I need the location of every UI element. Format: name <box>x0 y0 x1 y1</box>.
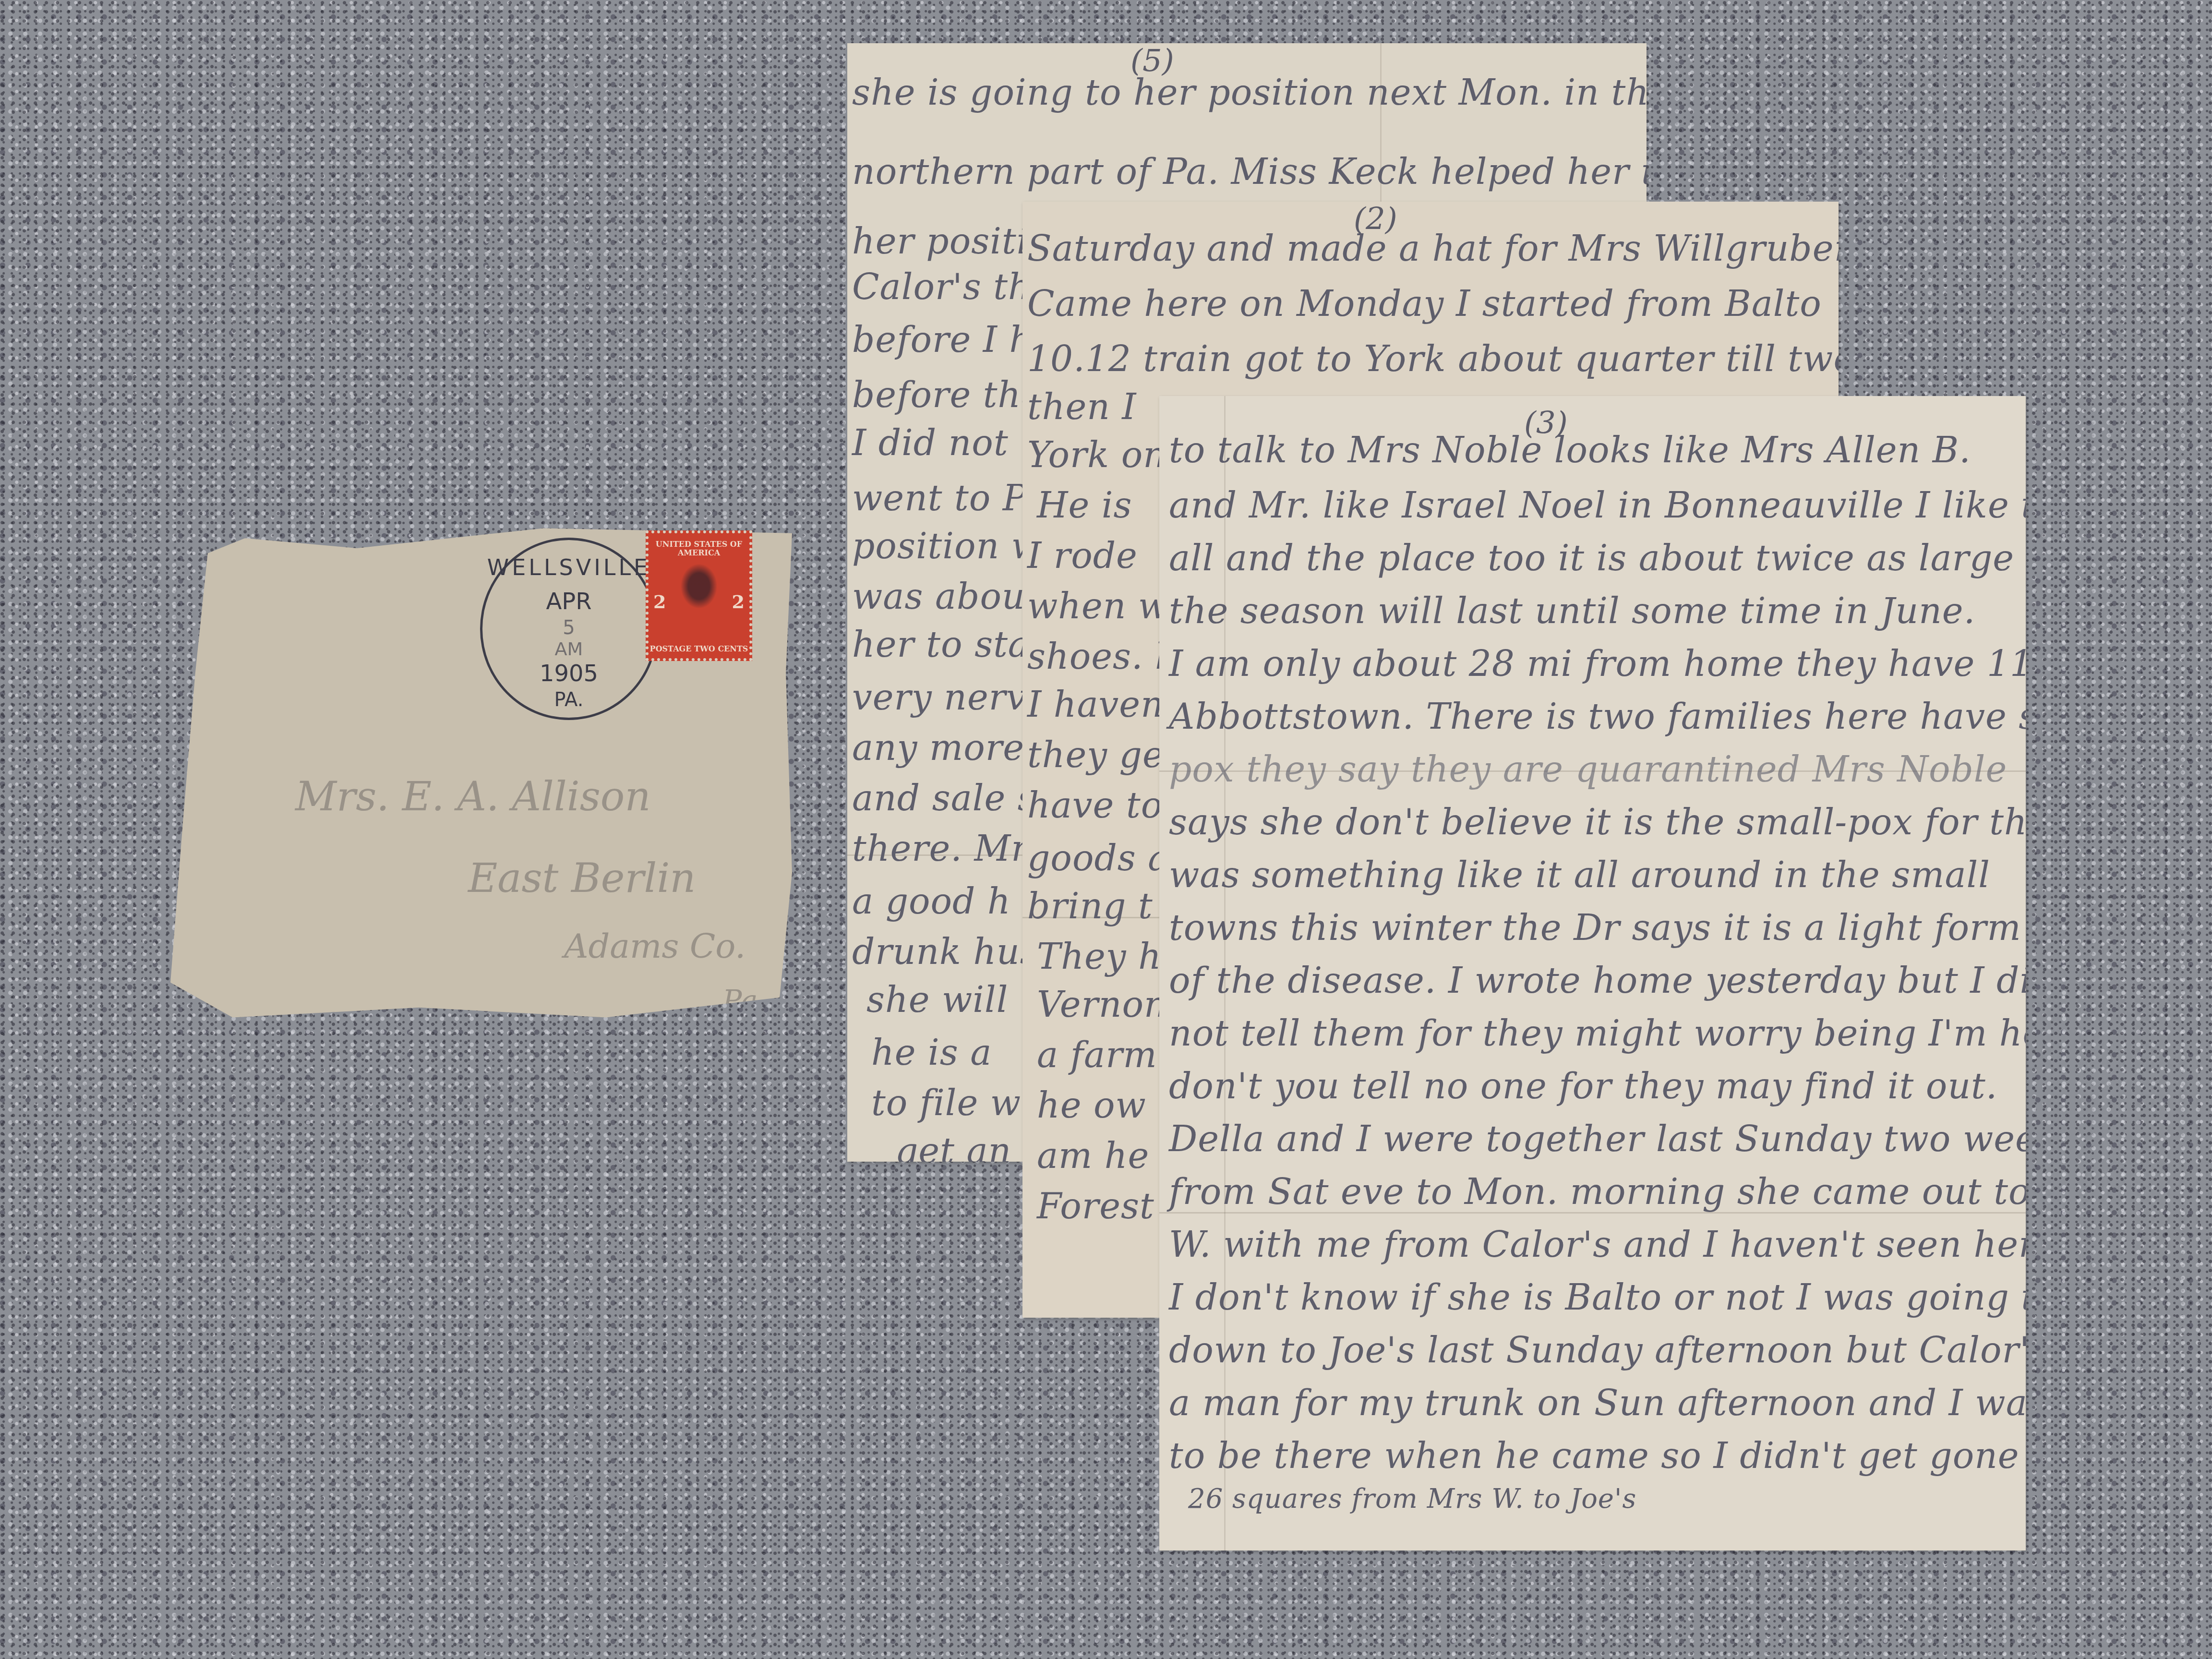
postage-stamp: UNITED STATES OF AMERICA 2 2 POSTAGE TWO… <box>646 530 752 661</box>
handwritten-line: Saturday and made a hat for Mrs Willgrub… <box>1027 228 1839 269</box>
handwritten-line: to be there when he came so I didn't get… <box>1169 1435 2026 1477</box>
handwritten-line: she will <box>866 979 1008 1021</box>
handwritten-line: says she don't believe it is the small-p… <box>1169 802 2026 843</box>
postmark-state: PA. <box>482 689 655 711</box>
handwritten-line: I don't know if she is Balto or not I wa… <box>1169 1277 2026 1318</box>
handwritten-line: a good h <box>852 881 1011 922</box>
handwritten-line: Vernon <box>1037 984 1167 1025</box>
handwritten-line: York on <box>1027 434 1166 476</box>
postmark-day: 5 <box>482 617 655 639</box>
handwritten-line: pox they say they are quarantined Mrs No… <box>1169 749 2007 790</box>
handwritten-line: I rode <box>1027 535 1138 577</box>
handwritten-line: don't you tell no one for they may find … <box>1169 1066 1997 1107</box>
handwritten-line: Forest <box>1037 1186 1154 1227</box>
handwritten-line: of the disease. I wrote home yesterday b… <box>1169 960 2026 1001</box>
handwritten-line: Came here on Monday I started from Balto <box>1027 283 1822 325</box>
handwritten-line: there. Mr <box>852 828 1029 869</box>
handwritten-line: they get <box>1027 734 1178 776</box>
handwritten-line: he is a <box>871 1032 992 1073</box>
handwritten-line: not tell them for they might worry being… <box>1169 1013 2026 1054</box>
handwritten-line: she is going to her position next Mon. i… <box>852 72 1647 113</box>
handwritten-line: drunk hus <box>852 931 1039 973</box>
handwritten-line: the season will last until some time in … <box>1169 590 1975 632</box>
postmark-town: WELLSVILLE <box>482 554 655 580</box>
handwritten-line: am he <box>1037 1135 1149 1177</box>
handwritten-line: was about <box>852 576 1040 617</box>
handwritten-line: 26 squares from Mrs W. to Joe's <box>1188 1483 1636 1515</box>
handwritten-line: was something like it all around in the … <box>1169 854 1990 896</box>
handwritten-line: I haven <box>1027 684 1164 725</box>
handwritten-line: down to Joe's last Sunday afternoon but … <box>1169 1330 2026 1371</box>
handwritten-line: He is <box>1037 485 1132 526</box>
stamp-denomination: POSTAGE TWO CENTS <box>649 645 749 653</box>
stamp-value: 2 <box>653 591 666 613</box>
handwritten-line: northern part of Pa. Miss Keck helped he… <box>852 151 1647 192</box>
address-line: East Berlin <box>468 854 696 902</box>
address-line: Pa. <box>722 984 767 1018</box>
letter-page-3: (3) to talk to Mrs Noble looks like Mrs … <box>1159 396 2026 1551</box>
handwritten-line: very nervo <box>852 677 1048 718</box>
stamp-value: 2 <box>732 591 745 613</box>
handwritten-line: any more <box>852 727 1024 769</box>
handwritten-line: goods a <box>1027 838 1169 879</box>
handwritten-line: then I <box>1027 386 1137 428</box>
handwritten-line: towns this winter the Dr says it is a li… <box>1169 907 2021 949</box>
postmark-year: 1905 <box>482 660 655 687</box>
handwritten-line: and Mr. like Israel Noel in Bonneauville… <box>1169 485 2026 526</box>
address-line: Mrs. E. A. Allison <box>295 773 651 820</box>
handwritten-line: before I h <box>852 319 1033 361</box>
handwritten-line: all and the place too it is about twice … <box>1169 538 2026 579</box>
handwritten-line: a farm <box>1037 1034 1157 1076</box>
handwritten-line: I did not <box>852 422 1009 464</box>
postmark-month: APR <box>482 588 655 615</box>
handwritten-line: her to stay <box>852 624 1050 665</box>
handwritten-line: I am only about 28 mi from home they hav… <box>1169 643 2026 685</box>
handwritten-line: to talk to Mrs Noble looks like Mrs Alle… <box>1169 430 1971 471</box>
handwritten-line: W. with me from Calor's and I haven't se… <box>1169 1224 2026 1265</box>
handwritten-line: he ow <box>1037 1085 1146 1126</box>
cancel-mark-icon <box>677 560 721 613</box>
handwritten-line: Abbottstown. There is two families here … <box>1169 696 2026 737</box>
stamp-country: UNITED STATES OF AMERICA <box>649 540 749 557</box>
handwritten-line: went to Pa <box>852 478 1047 519</box>
handwritten-line: to file w <box>871 1082 1021 1124</box>
handwritten-line: a man for my trunk on Sun afternoon and … <box>1169 1382 2026 1424</box>
address-line: Adams Co. <box>564 926 745 966</box>
postmark: WELLSVILLE APR 5 AM 1905 PA. <box>480 538 658 720</box>
handwritten-line: Della and I were together last Sunday tw… <box>1169 1118 2026 1160</box>
handwritten-line: from Sat eve to Mon. morning she came ou… <box>1169 1171 2026 1213</box>
postmark-time: AM <box>482 638 655 660</box>
handwritten-line: get an <box>895 1130 1011 1162</box>
handwritten-line: 10.12 train got to York about quarter ti… <box>1027 338 1839 380</box>
handwritten-line: have to <box>1027 785 1163 826</box>
handwritten-line: bring t <box>1027 886 1153 927</box>
